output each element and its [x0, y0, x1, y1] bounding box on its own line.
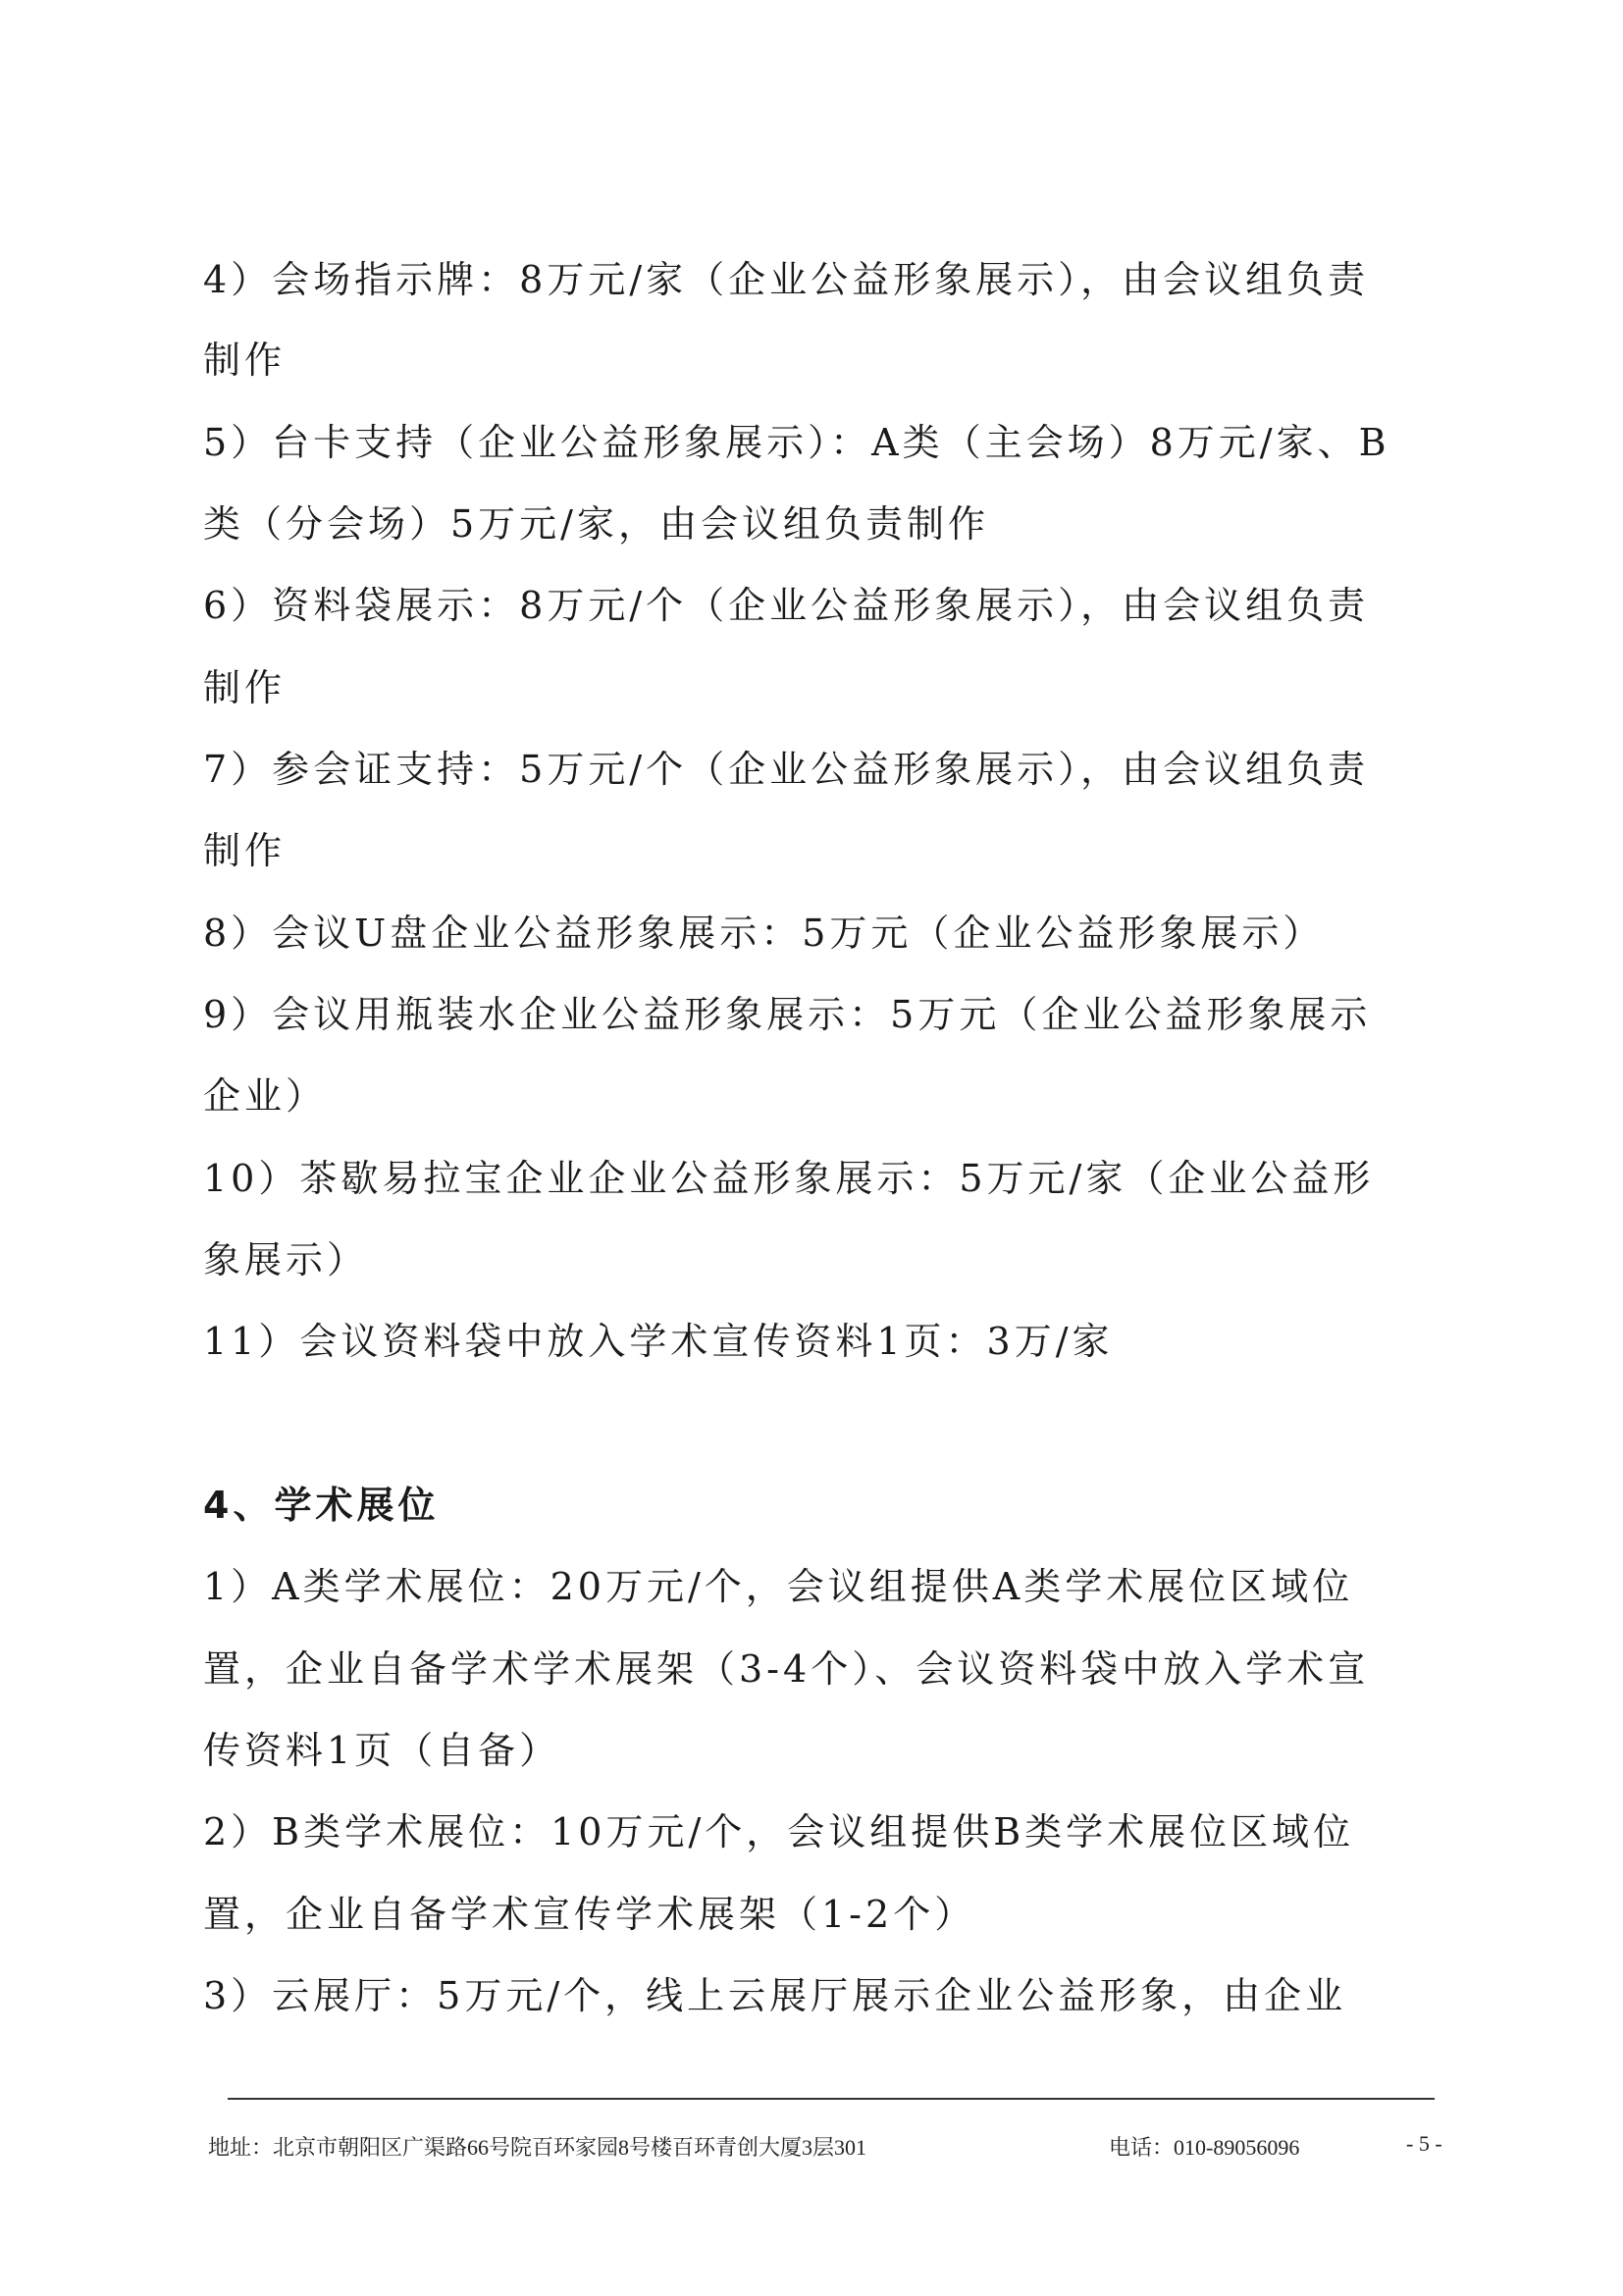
item-11-line-1: 11）会议资料袋中放入学术宣传资料1页：3万/家	[203, 1323, 1449, 1360]
footer-address: 地址：北京市朝阳区广渠路66号院百环家园8号楼百环青创大厦3层301	[208, 2131, 866, 2162]
item-9-line-1: 9）会议用瓶装水企业公益形象展示：5万元（企业公益形象展示	[203, 996, 1449, 1033]
item-5-line-1: 5）台卡支持（企业公益形象展示）：A类（主会场）8万元/家、B	[203, 424, 1449, 461]
item-5-line-2: 类（分会场）5万元/家，由会议组负责制作	[203, 505, 1449, 543]
booth-1-line-2: 置，企业自备学术学术展架（3-4个）、会议资料袋中放入学术宣	[203, 1650, 1449, 1688]
item-10-line-1: 10）茶歇易拉宝企业企业公益形象展示：5万元/家（企业公益形	[203, 1160, 1449, 1197]
item-9-line-2: 企业）	[203, 1077, 1449, 1115]
item-10-line-2: 象展示）	[203, 1241, 1449, 1278]
footer-phone: 电话：010-89056096	[1109, 2131, 1299, 2162]
document-page: 4）会场指示牌：8万元/家（企业公益形象展示），由会议组负责 制作 5）台卡支持…	[0, 0, 1623, 2296]
item-4-line-2: 制作	[203, 341, 1449, 379]
page-number: - 5 -	[1406, 2131, 1442, 2157]
booth-2-line-2: 置，企业自备学术宣传学术展架（1-2个）	[203, 1896, 1449, 1933]
item-6-line-2: 制作	[203, 669, 1449, 706]
item-7-line-1: 7）参会证支持：5万元/个（企业公益形象展示），由会议组负责	[203, 751, 1449, 788]
booth-1-line-1: 1）A类学术展位：20万元/个，会议组提供A类学术展位区域位	[203, 1568, 1449, 1605]
item-7-line-2: 制作	[203, 832, 1449, 869]
item-6-line-1: 6）资料袋展示：8万元/个（企业公益形象展示），由会议组负责	[203, 587, 1449, 624]
item-4-line-1: 4）会场指示牌：8万元/家（企业公益形象展示），由会议组负责	[203, 261, 1449, 298]
section-heading: 4、学术展位	[203, 1487, 1449, 1524]
booth-3-line-1: 3）云展厅：5万元/个，线上云展厅展示企业公益形象，由企业	[203, 1977, 1449, 2014]
booth-1-line-3: 传资料1页（自备）	[203, 1732, 1449, 1769]
booth-2-line-1: 2）B类学术展位：10万元/个，会议组提供B类学术展位区域位	[203, 1813, 1449, 1851]
item-8-line-1: 8）会议U盘企业公益形象展示：5万元（企业公益形象展示）	[203, 914, 1449, 952]
footer-divider	[228, 2098, 1435, 2100]
